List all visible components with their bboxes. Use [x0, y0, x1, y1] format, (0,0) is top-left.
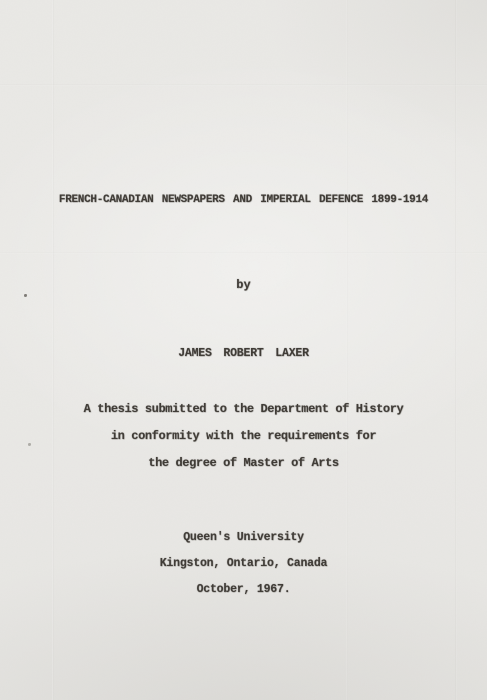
institution-name: Queen's University [0, 525, 487, 551]
byline: by [0, 278, 487, 292]
thesis-statement-line: the degree of Master of Arts [0, 450, 487, 477]
thesis-statement-line: in conformity with the requirements for [0, 423, 487, 450]
scan-speck [24, 294, 27, 297]
publication-date: October, 1967. [0, 577, 487, 603]
thesis-statement-line: A thesis submitted to the Department of … [0, 396, 487, 423]
imprint: Queen's University Kingston, Ontario, Ca… [0, 525, 487, 603]
paper-crease [0, 252, 487, 254]
author-name: JAMES ROBERT LAXER [0, 347, 487, 360]
paper-crease [0, 84, 487, 86]
thesis-statement: A thesis submitted to the Department of … [0, 396, 487, 477]
institution-location: Kingston, Ontario, Canada [0, 551, 487, 577]
page-title: FRENCH-CANADIAN NEWSPAPERS AND IMPERIAL … [0, 194, 487, 206]
scanned-title-page: FRENCH-CANADIAN NEWSPAPERS AND IMPERIAL … [0, 0, 487, 700]
